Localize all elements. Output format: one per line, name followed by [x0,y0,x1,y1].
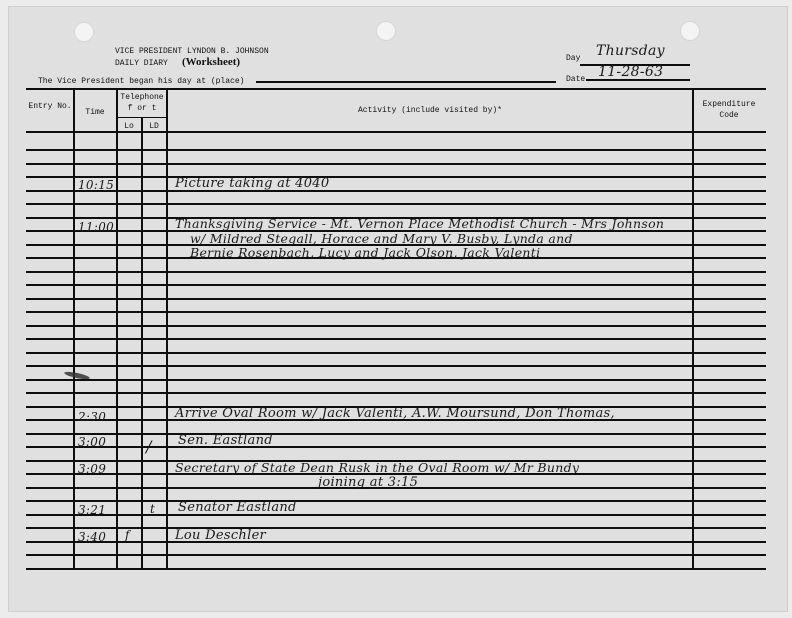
entry-time-4[interactable]: 3:00 [78,435,106,449]
row-rule [26,325,766,327]
entry-time-6[interactable]: 3:21 [78,503,106,517]
row-rule [26,446,766,448]
day-value[interactable]: Thursday [596,43,665,59]
entry-activity-6[interactable]: Senator Eastland [178,500,297,515]
row-rule [26,163,766,165]
row-rule [26,311,766,313]
entry-activity-2-line1[interactable]: Thanksgiving Service - Mt. Vernon Place … [175,216,664,231]
col-header-ld: LD [143,121,165,132]
col-divider-time [116,89,118,569]
row-rule [26,271,766,273]
row-rule [26,352,766,354]
day-label: Day [566,54,580,63]
row-rule [26,568,766,570]
row-rule [26,500,766,502]
table-top-border [26,88,766,90]
entry-activity-2-line2[interactable]: w/ Mildred Stegall, Horace and Mary V. B… [190,231,573,246]
entry-activity-1[interactable]: Picture taking at 4040 [175,176,329,191]
entry-activity-2-line3[interactable]: Bernie Rosenbach, Lucy and Jack Olson, J… [190,245,540,260]
entry-time-5[interactable]: 3:09 [78,462,106,476]
row-rule [26,176,766,178]
punch-hole [74,22,94,42]
row-rule [26,554,766,556]
punch-hole [680,21,700,41]
row-rule [26,365,766,367]
row-rule [26,514,766,516]
col-header-lo: Lo [118,121,140,132]
date-underline [586,79,690,81]
row-rule [26,203,766,205]
col-header-time: Time [75,107,115,118]
began-day-field[interactable] [256,81,556,83]
row-rule [26,284,766,286]
col-divider-ld [166,89,168,569]
row-rule [26,338,766,340]
entry-time-1[interactable]: 10:15 [78,178,114,192]
row-rule [26,379,766,381]
col-divider-entry [73,89,75,569]
date-value[interactable]: 11-28-63 [598,64,663,80]
entry-time-3[interactable]: 2:30 [78,410,106,424]
col-header-entry-no: Entry No. [28,101,72,112]
row-rule [26,541,766,543]
entry-ld-6[interactable]: t [150,502,155,516]
entry-ld-4[interactable]: / [146,437,152,456]
entry-lo-7[interactable]: f [125,528,130,542]
title-line-2-suffix: (Worksheet) [182,56,240,68]
telephone-subheader-line [117,117,167,118]
col-header-expenditure: Expenditure Code [694,99,764,121]
date-label: Date [566,75,585,84]
entry-activity-5-line2[interactable]: joining at 3:15 [318,475,418,490]
entry-time-7[interactable]: 3:40 [78,530,106,544]
entry-activity-4[interactable]: Sen. Eastland [178,433,273,448]
entry-time-2[interactable]: 11:00 [78,220,114,234]
row-rule [26,190,766,192]
row-rule [26,527,766,529]
col-header-telephone: Telephone f or t [117,92,167,114]
began-day-label: The Vice President began his day at (pla… [38,77,244,86]
col-header-activity: Activity (include visited by)* [168,105,692,116]
col-divider-activity [692,89,694,569]
punch-hole [376,21,396,41]
row-rule [26,149,766,151]
entry-activity-5-line1[interactable]: Secretary of State Dean Rusk in the Oval… [175,460,579,475]
entry-activity-3[interactable]: Arrive Oval Room w/ Jack Valenti, A.W. M… [175,406,615,421]
row-rule [26,298,766,300]
row-rule [26,433,766,435]
row-rule [26,392,766,394]
title-line-1: VICE PRESIDENT LYNDON B. JOHNSON [115,47,269,56]
entry-activity-7[interactable]: Lou Deschler [175,528,266,543]
title-line-2-prefix: DAILY DIARY [115,59,168,68]
